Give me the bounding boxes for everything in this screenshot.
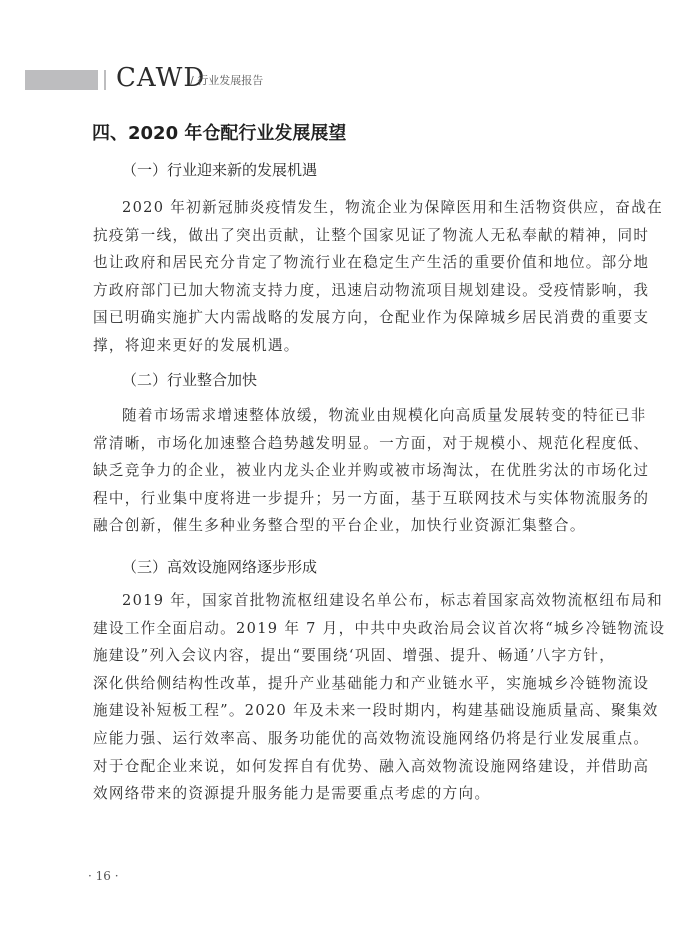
paragraph-line: 缺乏竞争力的企业，被业内龙头企业并购或被市场淘汰，在优胜劣汰的市场化过	[93, 457, 579, 485]
paragraph-line: 建设工作全面启动。2019 年 7 月，中共中央政治局会议首次将“城乡冷链物流设	[93, 615, 579, 643]
subsection-heading-1: （一）行业迎来新的发展机遇	[122, 160, 317, 180]
paragraph-line: 施建设”列入会议内容，提出“要围绕‘巩固、增强、提升、畅通’八字方针，	[93, 642, 579, 670]
paragraph-line: 深化供给侧结构性改革，提升产业基础能力和产业链水平，实施城乡冷链物流设	[93, 670, 579, 698]
subsection-heading-2: （二）行业整合加快	[122, 370, 257, 390]
paragraph-line: 程中，行业集中度将进一步提升；另一方面，基于互联网技术与实体物流服务的	[93, 485, 579, 513]
paragraph-line: 应能力强、运行效率高、服务功能优的高效物流设施网络仍将是行业发展重点。	[93, 725, 579, 753]
paragraph-2: 随着市场需求增速整体放缓，物流业由规模化向高质量发展转变的特征已非 常清晰，市场…	[93, 402, 579, 540]
paragraph-line: 施建设补短板工程”。2020 年及未来一段时期内，构建基础设施质量高、聚集效	[93, 697, 579, 725]
header-divider	[104, 70, 106, 90]
paragraph-3: 2019 年，国家首批物流枢纽建设名单公布，标志着国家高效物流枢纽布局和 建设工…	[93, 587, 579, 808]
paragraph-line: 2019 年，国家首批物流枢纽建设名单公布，标志着国家高效物流枢纽布局和	[93, 587, 579, 615]
paragraph-line: 方政府部门已加大物流支持力度，迅速启动物流项目规划建设。受疫情影响，我	[93, 277, 579, 305]
paragraph-line: 随着市场需求增速整体放缓，物流业由规模化向高质量发展转变的特征已非	[93, 402, 579, 430]
paragraph-line: 对于仓配企业来说，如何发挥自有优势、融入高效物流设施网络建设，并借助高	[93, 753, 579, 781]
paragraph-line: 也让政府和居民充分肯定了物流行业在稳定生产生活的重要价值和地位。部分地	[93, 249, 579, 277]
paragraph-line: 2020 年初新冠肺炎疫情发生，物流企业为保障医用和生活物资供应，奋战在	[93, 194, 579, 222]
section-title: 四、2020 年仓配行业发展展望	[92, 122, 346, 146]
paragraph-line: 效网络带来的资源提升服务能力是需要重点考虑的方向。	[93, 780, 579, 808]
subsection-heading-3: （三）高效设施网络逐步形成	[122, 557, 317, 577]
paragraph-line: 抗疫第一线，做出了突出贡献，让整个国家见证了物流人无私奉献的精神，同时	[93, 222, 579, 250]
paragraph-1: 2020 年初新冠肺炎疫情发生，物流企业为保障医用和生活物资供应，奋战在 抗疫第…	[93, 194, 579, 360]
paragraph-line: 撑，将迎来更好的发展机遇。	[93, 332, 579, 360]
page-number: · 16 ·	[88, 868, 119, 884]
header-subtitle: / 行业发展报告	[190, 74, 263, 88]
paragraph-line: 常清晰，市场化加速整合趋势越发明显。一方面，对于规模小、规范化程度低、	[93, 430, 579, 458]
paragraph-line: 国已明确实施扩大内需战略的发展方向，仓配业作为保障城乡居民消费的重要支	[93, 304, 579, 332]
paragraph-line: 融合创新，催生多种业务整合型的平台企业，加快行业资源汇集整合。	[93, 512, 579, 540]
header-decorative-bar	[25, 70, 98, 90]
